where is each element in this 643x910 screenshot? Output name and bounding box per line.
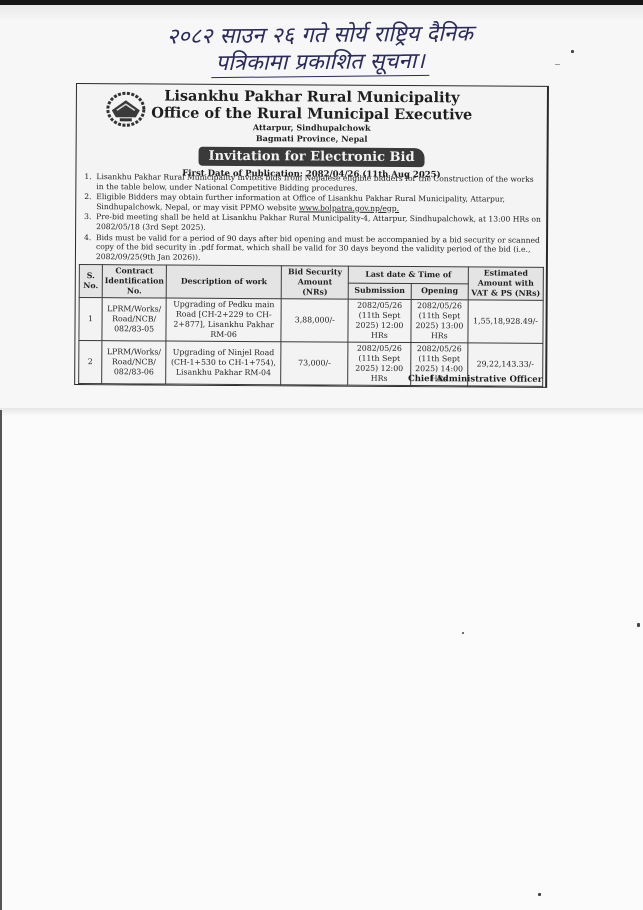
signature: Chief Administrative Officer <box>408 374 542 385</box>
col-bid-security: Bid Security Amount (NRs) <box>281 266 348 299</box>
col-submission: Submission <box>348 283 411 300</box>
scan-speck <box>462 632 464 634</box>
notice-header: Lisankhu Pakhar Rural Municipality Offic… <box>76 87 547 181</box>
scan-top-strip <box>0 5 643 20</box>
scan-speck <box>637 623 640 627</box>
col-description: Description of work <box>166 265 281 299</box>
notice-point: 4. Bids must be valid for a period of 90… <box>84 233 542 265</box>
clipping-shadow <box>0 408 643 416</box>
bid-table: S. No. Contract Identification No. Descr… <box>78 264 544 387</box>
handwritten-line-2: पत्रिकामा प्रकाशित सूचना। <box>211 48 428 78</box>
notice-title: Invitation for Electronic Bid <box>198 147 424 167</box>
handwritten-note: २०८२ साउन २६ गते सोर्य राष्ट्रिय दैनिक प… <box>120 20 521 79</box>
scan-speck <box>555 64 560 65</box>
scan-speck <box>538 893 541 896</box>
bid-notice: Lisankhu Pakhar Rural Municipality Offic… <box>74 83 549 388</box>
notice-point: 2. Eligible Bidders may obtain further i… <box>84 192 542 214</box>
col-sn: S. No. <box>79 265 102 298</box>
address-line-2: Bagmati Province, Nepal <box>77 132 547 146</box>
scan-speck <box>571 50 574 53</box>
col-estimated: Estimated Amount with VAT & PS (NRs) <box>468 267 543 300</box>
table-row: 1 LPRM/Works/ Road/NCB/ 082/83-05 Upgrad… <box>79 298 543 344</box>
col-contract-id: Contract Identification No. <box>102 265 166 298</box>
col-last-date: Last date & Time of <box>348 266 468 283</box>
notice-points: 1. Lisankhu Pakhar Rural Municipality in… <box>84 172 543 265</box>
notice-point: 3. Pre-bid meeting shall be held at Lisa… <box>84 212 542 234</box>
col-opening: Opening <box>411 283 468 300</box>
handwritten-line-1: २०८२ साउन २६ गते सोर्य राष्ट्रिय दैनिक <box>120 20 520 51</box>
notice-point: 1. Lisankhu Pakhar Rural Municipality in… <box>84 172 542 194</box>
scan-left-edge <box>0 410 2 910</box>
ppmo-website-link[interactable]: www.bolpatra.gov.np/egp. <box>299 203 399 213</box>
